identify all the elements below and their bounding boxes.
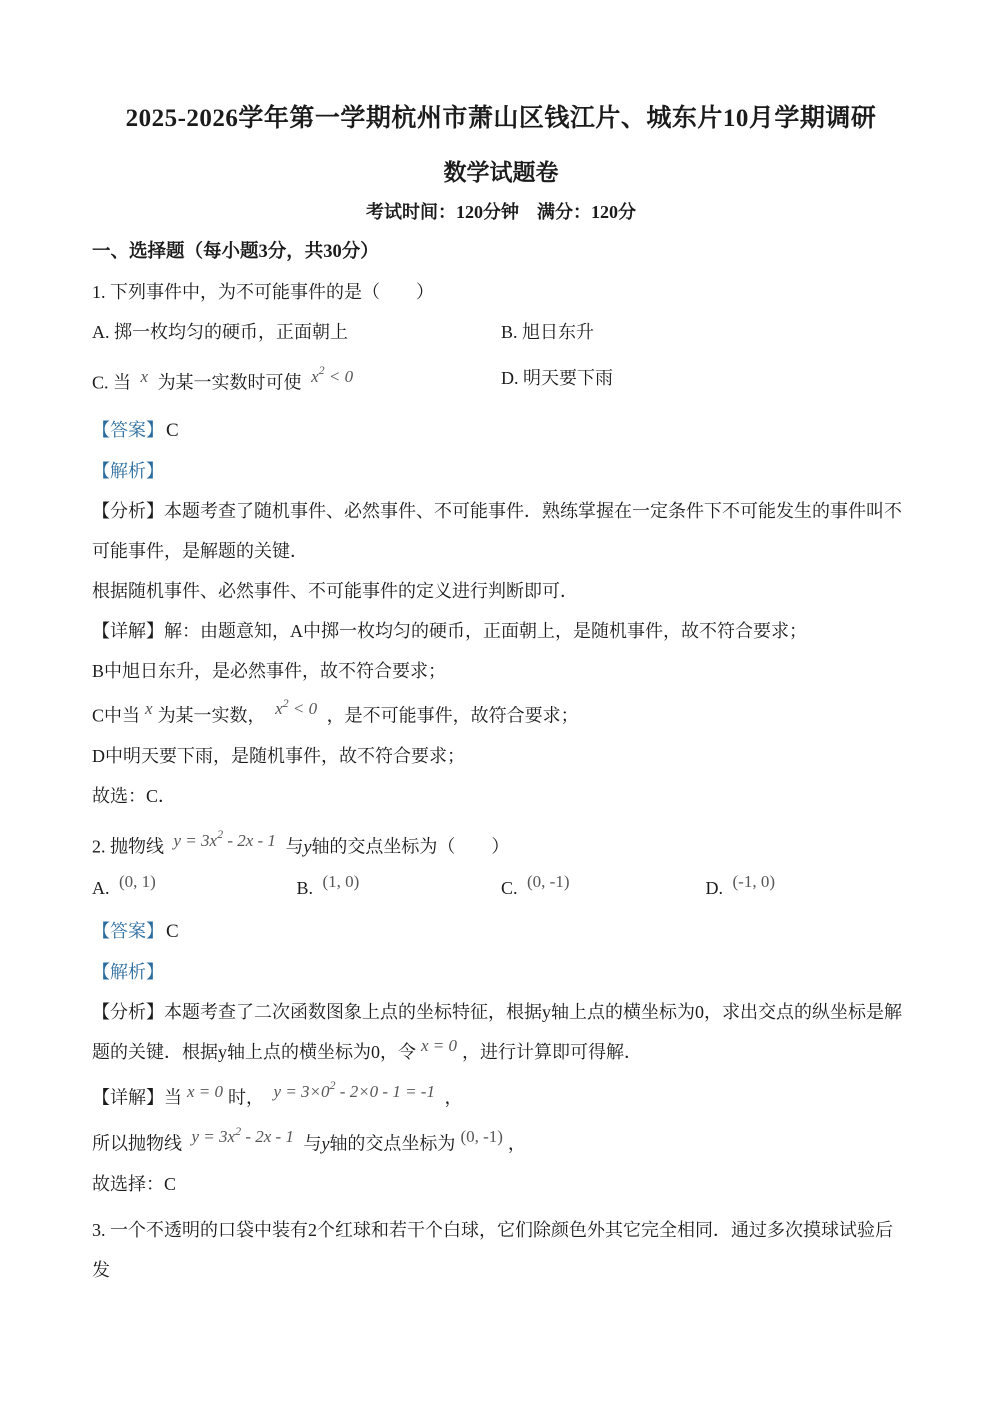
q2-detail-2-post: ， xyxy=(508,1133,526,1153)
q1-option-c-text-mid: 为某一实数时可使 xyxy=(158,373,302,393)
fenxi-label: 【分析】 xyxy=(92,501,164,521)
formula-a: y = 3x xyxy=(174,831,218,850)
formula-a: y = 3×0 xyxy=(274,1082,330,1101)
q1-option-c-text-pre: C. 当 xyxy=(92,373,131,393)
exam-paper-page: 2025-2026学年第一学期杭州市萧山区钱江片、城东片10月学期调研 数学试题… xyxy=(0,0,1000,1290)
q1-detail-para: 【详解】解：由题意知，A中掷一枚均匀的硬币，正面朝上，是随机事件，故不符合要求； xyxy=(92,611,910,651)
q2-option-a: A. (0, 1) xyxy=(92,868,297,909)
q2-stem-post: 轴的交点坐标为（ ） xyxy=(311,837,509,857)
q2-answer-line: 【答案】C xyxy=(92,911,910,952)
q1-option-c: C. 当 x 为某一实数时可使 x2 < 0 xyxy=(92,358,501,404)
math-coord-neg1-0: (-1, 0) xyxy=(728,872,780,891)
q2-stem: 2. 抛物线 y = 3x2 - 2x - 1 与y轴的交点坐标为（ ） xyxy=(92,822,910,868)
section-heading: 一、选择题（每小题3分，共30分） xyxy=(92,232,910,272)
q2-option-b-label: B. xyxy=(297,878,314,898)
math-formula-parabola: y = 3x2 - 2x - 1 xyxy=(187,1127,299,1146)
q2-options: A. (0, 1) B. (1, 0) C. (0, -1) D. (-1, 0… xyxy=(92,868,910,909)
xiangjie-label: 【详解】 xyxy=(92,621,164,641)
q2-detail-1-mid: 时， xyxy=(228,1088,264,1108)
math-formula-x-eq-0: x = 0 xyxy=(182,1082,228,1101)
answer-label: 【答案】 xyxy=(92,921,164,941)
q1-fenxi-text: 本题考查了随机事件、必然事件、不可能事件．熟练掌握在一定条件下不可能发生的事件叫… xyxy=(92,501,902,561)
q1-options: A. 掷一枚均匀的硬币，正面朝上 B. 旭日东升 C. 当 x 为某一实数时可使… xyxy=(92,312,910,404)
q2-option-c-label: C. xyxy=(501,878,518,898)
q1-fenxi-text2: 根据随机事件、必然事件、不可能事件的定义进行判断即可． xyxy=(92,571,910,611)
q1-detail-3: C中当x为某一实数， x2 < 0 ，是不可能事件，故符合要求； xyxy=(92,691,910,737)
math-var-x: x xyxy=(136,367,154,386)
q2-detail-1: 【详解】当x = 0时， y = 3×02 - 2×0 - 1 = -1 ， xyxy=(92,1073,910,1119)
formula-sup: 2 xyxy=(217,827,223,841)
formula-b: - 2×0 - 1 = -1 xyxy=(336,1082,435,1101)
math-var-x: x xyxy=(140,699,158,718)
q2-detail-2-pre: 所以抛物线 xyxy=(92,1133,182,1153)
q3-stem: 3. 一个不透明的口袋中装有2个红球和若干个白球，它们除颜色外其它完全相同．通过… xyxy=(92,1210,910,1290)
formula-sup: 2 xyxy=(283,696,289,710)
q2-stem-pre: 2. 抛物线 xyxy=(92,837,164,857)
q1-stem: 1. 下列事件中，为不可能事件的是（ ） xyxy=(92,272,910,312)
q2-detail-3: 故选择：C xyxy=(92,1164,910,1204)
exam-title: 2025-2026学年第一学期杭州市萧山区钱江片、城东片10月学期调研 xyxy=(92,100,910,138)
math-coord-0-1: (0, 1) xyxy=(114,872,161,891)
q2-option-d: D. (-1, 0) xyxy=(706,868,911,909)
q2-detail-2-mid: 与 xyxy=(303,1133,321,1153)
q1-detail-2: B中旭日东升，是必然事件，故不符合要求； xyxy=(92,651,910,691)
q1-option-d: D. 明天要下雨 xyxy=(501,358,910,404)
q1-answer-line: 【答案】C xyxy=(92,410,910,451)
q2-detail-1-pre: 当 xyxy=(164,1088,182,1108)
formula-b: - 2x - 1 xyxy=(223,831,276,850)
formula-a: y = 3x xyxy=(192,1127,236,1146)
xiangjie-label: 【详解】 xyxy=(92,1088,164,1108)
answer-label: 【答案】 xyxy=(92,420,164,440)
math-formula-y-eval: y = 3×02 - 2×0 - 1 = -1 xyxy=(269,1082,440,1101)
formula-rest: < 0 xyxy=(289,699,317,718)
q2-option-c: C. (0, -1) xyxy=(501,868,706,909)
math-formula-x-squared-lt-0: x2 < 0 xyxy=(270,699,322,718)
q2-jiexi-line: 【解析】 xyxy=(92,952,910,992)
math-coord-0-neg1: (0, -1) xyxy=(455,1127,507,1146)
q2-option-a-label: A. xyxy=(92,878,110,898)
formula-sup: 2 xyxy=(235,1124,241,1138)
q1-detail-3-post: ，是不可能事件，故符合要求； xyxy=(327,705,579,725)
q2-detail-2-mid2: 轴的交点坐标为 xyxy=(329,1133,455,1153)
q2-option-b: B. (1, 0) xyxy=(297,868,502,909)
q1-detail-3-pre: C中当 xyxy=(92,705,140,725)
q1-detail-1: 解：由题意知，A中掷一枚均匀的硬币，正面朝上，是随机事件，故不符合要求； xyxy=(164,621,807,641)
jiexi-label: 【解析】 xyxy=(92,962,164,982)
q2-answer-value: C xyxy=(164,921,179,942)
formula-b: - 2x - 1 xyxy=(241,1127,294,1146)
formula-rest: < 0 xyxy=(325,367,353,386)
fenxi-label: 【分析】 xyxy=(92,1002,164,1022)
math-formula-x-squared-lt-0: x2 < 0 xyxy=(306,367,358,386)
q1-detail-4: D中明天要下雨，是随机事件，故不符合要求； xyxy=(92,736,910,776)
exam-info-line: 考试时间：120分钟 满分：120分 xyxy=(92,198,910,226)
q2-fenxi-para: 【分析】本题考查了二次函数图象上点的坐标特征，根据y轴上点的横坐标为0，求出交点… xyxy=(92,992,910,1073)
q2-fenxi-post: ，进行计算即可得解． xyxy=(462,1042,642,1062)
math-formula-parabola: y = 3x2 - 2x - 1 xyxy=(169,831,281,850)
q1-option-b: B. 旭日东升 xyxy=(501,312,910,352)
math-coord-0-neg1: (0, -1) xyxy=(522,872,574,891)
q1-option-a: A. 掷一枚均匀的硬币，正面朝上 xyxy=(92,312,501,352)
q2-detail-1-post: ， xyxy=(444,1088,462,1108)
formula-sup: 2 xyxy=(319,363,325,377)
formula-base: x xyxy=(275,699,283,718)
q1-jiexi-line: 【解析】 xyxy=(92,451,910,491)
q2-detail-2: 所以抛物线 y = 3x2 - 2x - 1 与y轴的交点坐标为(0, -1)， xyxy=(92,1119,910,1165)
q2-option-d-label: D. xyxy=(706,878,724,898)
exam-subtitle: 数学试题卷 xyxy=(92,156,910,190)
q2-stem-mid: 与 xyxy=(285,837,303,857)
q1-detail-3-mid: 为某一实数， xyxy=(158,705,266,725)
q1-answer-value: C xyxy=(164,420,179,441)
math-formula-x-eq-0: x = 0 xyxy=(416,1036,462,1055)
jiexi-label: 【解析】 xyxy=(92,461,164,481)
math-coord-1-0: (1, 0) xyxy=(318,872,365,891)
q1-detail-5: 故选：C． xyxy=(92,776,910,816)
formula-sup: 2 xyxy=(330,1078,336,1092)
q1-fenxi-para: 【分析】本题考查了随机事件、必然事件、不可能事件．熟练掌握在一定条件下不可能发生… xyxy=(92,491,910,571)
formula-base: x xyxy=(311,367,319,386)
